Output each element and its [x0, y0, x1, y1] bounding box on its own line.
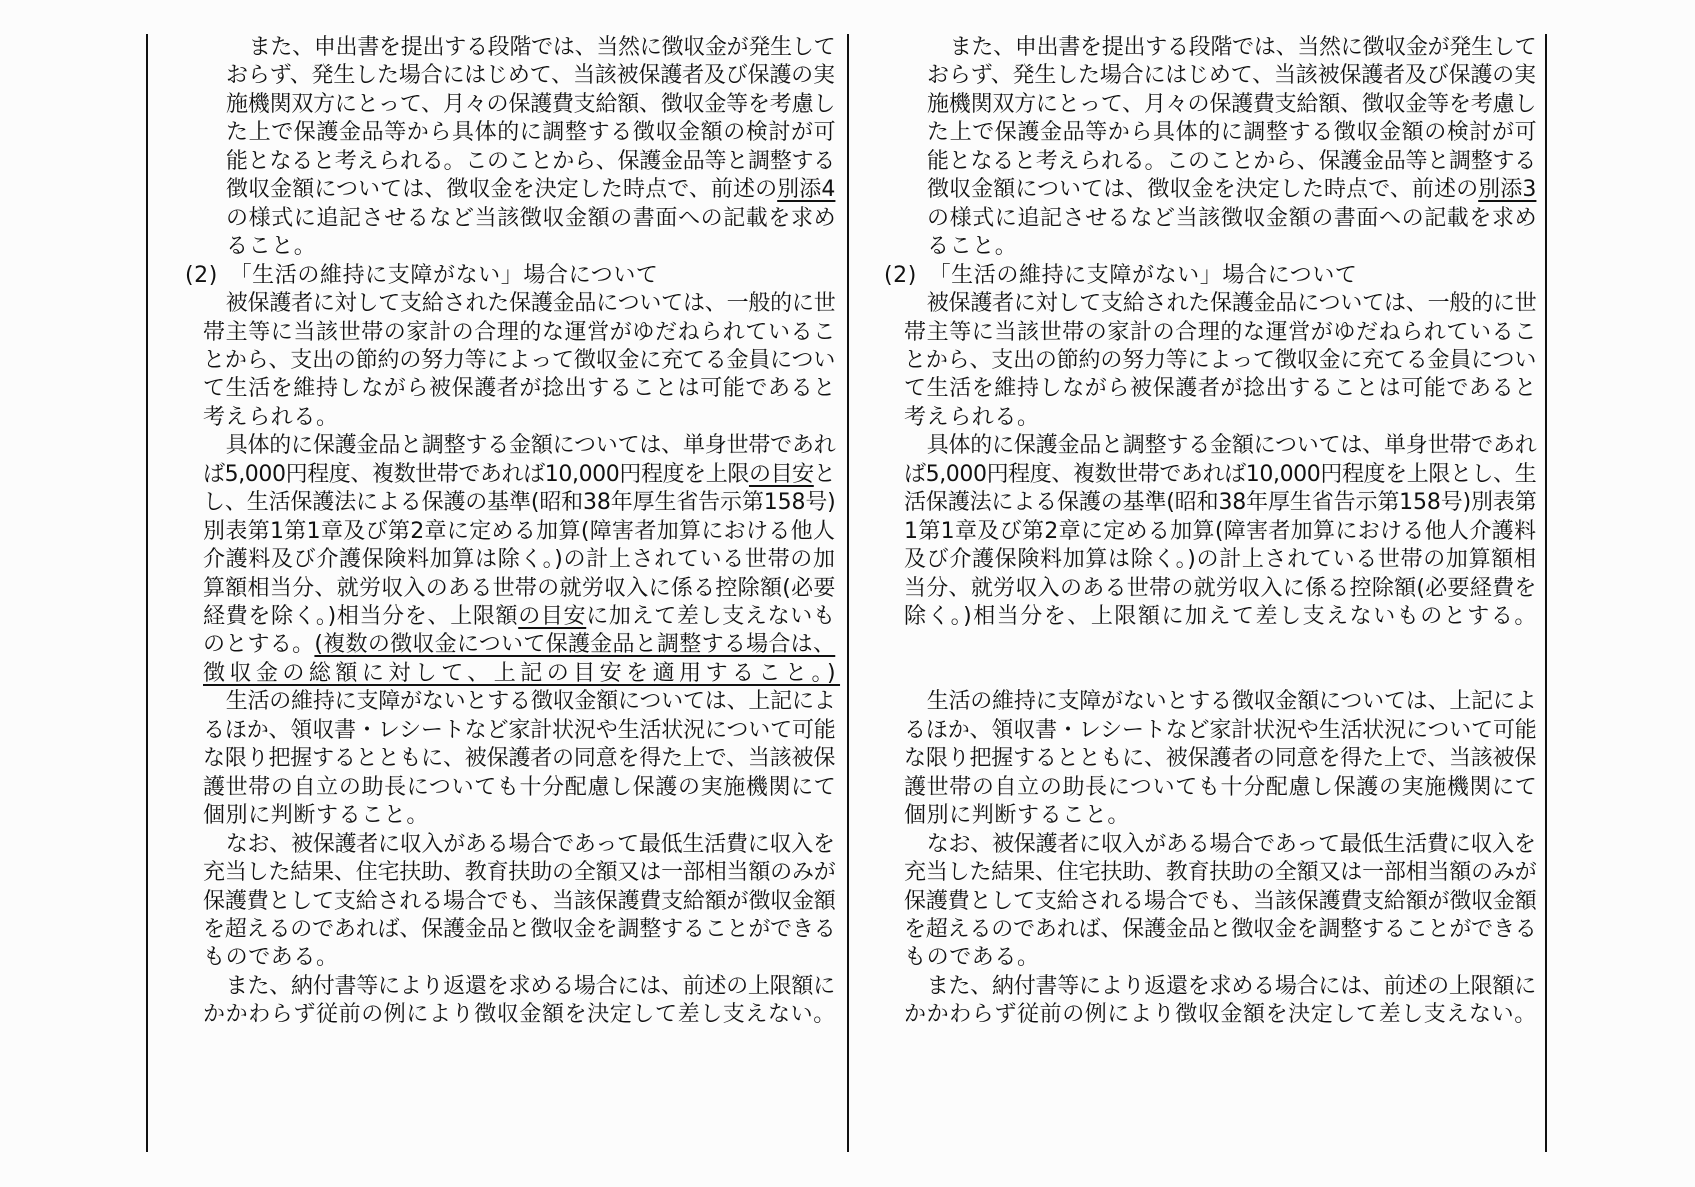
text-line: 施機関双方にとって、月々の保護費支給額、徴収金等を考慮し [226, 91, 835, 119]
text-line: なお、被保護者に収入がある場合であって最低生活費に収入を [927, 831, 1536, 859]
text-segment: 別表第1第1章及び第2章に定める加算(障害者加算における他人 [203, 519, 835, 544]
text-segment: ば5,000円程度、複数世帯であれば10,000円程度を上限とし、生 [904, 462, 1536, 487]
text-segment: 個別に判断すること。 [904, 803, 1130, 828]
text-segment: 及び介護保険料加算は除く。)の計上されている世帯の加算額相 [904, 547, 1537, 572]
text-line: 能となると考えられる。このことから、保護金品等と調整する [226, 148, 835, 176]
text-segment: 算額相当分、就労収入のある世帯の就労収入に係る控除額(必要 [203, 576, 836, 601]
text-line: て生活を維持しながら被保護者が捻出することは可能であると [904, 375, 1537, 403]
text-line: また、納付書等により返還を求める場合には、前述の上限額に [927, 973, 1536, 1001]
text-segment: おらず、発生した場合にはじめて、当該被保護者及び保護の実 [226, 63, 835, 88]
text-segment: かかわらず従前の例により徴収金額を決定して差し支えない。 [203, 1002, 836, 1027]
text-line: 施機関双方にとって、月々の保護費支給額、徴収金等を考慮し [927, 91, 1536, 119]
text-segment: とから、支出の節約の努力等によって徴収金に充てる金員につい [203, 348, 835, 373]
text-line: とから、支出の節約の努力等によって徴収金に充てる金員につい [203, 347, 835, 375]
underlined-amendment: の目安 [518, 604, 586, 629]
text-segment: を超えるのであれば、保護金品と徴収金を調整することができる [904, 917, 1537, 942]
text-segment: に加えて差し支えないも [586, 604, 835, 629]
text-line: るほか、領収書・レシートなど家計状況や生活状況について可能 [904, 717, 1537, 745]
text-segment: また、納付書等により返還を求める場合には、前述の上限額に [226, 974, 835, 999]
text-line: 徴収金額については、徴収金を決定した時点で、前述の別添4 [226, 176, 835, 204]
text-segment: 帯主等に当該世帯の家計の合理的な運営がゆだねられているこ [203, 320, 836, 345]
text-line: て生活を維持しながら被保護者が捻出することは可能であると [203, 375, 836, 403]
text-segment: なお、被保護者に収入がある場合であって最低生活費に収入を [927, 832, 1536, 857]
text-line: 徴収金の総額に対して、上記の目安を適用すること。) [203, 660, 840, 688]
text-line: 1第1章及び第2章に定める加算(障害者加算における他人介護料 [904, 518, 1536, 546]
text-segment: また、納付書等により返還を求める場合には、前述の上限額に [927, 974, 1536, 999]
text-line: 保護費として支給される場合でも、当該保護費支給額が徴収金額 [203, 888, 836, 916]
text-segment: 生活の維持に支障がないとする徴収金額については、上記によ [226, 689, 836, 714]
text-line: の様式に追記させるなど当該徴収金額の書面への記載を求め [927, 205, 1537, 233]
text-line: の様式に追記させるなど当該徴収金額の書面への記載を求め [226, 205, 836, 233]
text-line: 具体的に保護金品と調整する金額については、単身世帯であれ [927, 432, 1537, 460]
underlined-amendment: 別添4 [777, 177, 835, 202]
text-segment: かかわらず従前の例により徴収金額を決定して差し支えない。 [904, 1002, 1537, 1027]
text-segment: るほか、領収書・レシートなど家計状況や生活状況について可能 [203, 718, 836, 743]
text-segment: 能となると考えられる。このことから、保護金品等と調整する [226, 149, 835, 174]
text-segment: おらず、発生した場合にはじめて、当該被保護者及び保護の実 [927, 63, 1536, 88]
text-line: な限り把握するとともに、被保護者の同意を得た上で、当該被保 [904, 745, 1536, 773]
text-line: 介護料及び介護保険料加算は除く。)の計上されている世帯の加 [203, 546, 836, 574]
text-segment: ること。 [226, 234, 316, 259]
column-divider-line [847, 34, 849, 1152]
text-line: 算額相当分、就労収入のある世帯の就労収入に係る控除額(必要 [203, 575, 836, 603]
text-line: 経費を除く。)相当分を、上限額の目安に加えて差し支えないも [203, 603, 836, 631]
text-line: 考えられる。 [904, 404, 1040, 432]
text-line: た上で保護金品等から具体的に調整する徴収金額の検討が可 [927, 119, 1537, 147]
text-line: かかわらず従前の例により徴収金額を決定して差し支えない。 [203, 1001, 836, 1029]
text-segment: と [814, 462, 836, 487]
text-segment: 活保護法による保護の基準(昭和38年厚生省告示第158号)別表第 [904, 490, 1537, 515]
text-segment: (2) 「生活の維持に支障がない」場合について [185, 263, 659, 288]
text-line: ること。 [927, 233, 1017, 261]
text-segment: 具体的に保護金品と調整する金額については、単身世帯であれ [226, 433, 836, 458]
text-segment: ものである。 [203, 945, 339, 970]
text-line: 活保護法による保護の基準(昭和38年厚生省告示第158号)別表第 [904, 489, 1537, 517]
text-segment: な限り把握するとともに、被保護者の同意を得た上で、当該被保 [904, 746, 1536, 771]
text-segment: 保護費として支給される場合でも、当該保護費支給額が徴収金額 [203, 889, 836, 914]
text-line: おらず、発生した場合にはじめて、当該被保護者及び保護の実 [927, 62, 1536, 90]
text-segment: 除く。)相当分を、上限額に加えて差し支えないものとする。 [904, 604, 1538, 629]
text-line: おらず、発生した場合にはじめて、当該被保護者及び保護の実 [226, 62, 835, 90]
text-line: 生活の維持に支障がないとする徴収金額については、上記によ [927, 688, 1537, 716]
text-segment: (2) 「生活の維持に支障がない」場合について [884, 263, 1358, 288]
text-segment: な限り把握するとともに、被保護者の同意を得た上で、当該被保 [203, 746, 835, 771]
text-line: 被保護者に対して支給された保護金品については、一般的に世 [226, 290, 836, 318]
text-line: 能となると考えられる。このことから、保護金品等と調整する [927, 148, 1536, 176]
text-line: 護世帯の自立の助長についても十分配慮し保護の実施機関にて [203, 774, 836, 802]
text-line: 具体的に保護金品と調整する金額については、単身世帯であれ [226, 432, 836, 460]
text-segment: の様式に追記させるなど当該徴収金額の書面への記載を求め [226, 206, 836, 231]
underlined-amendment: の目安 [749, 462, 814, 487]
text-segment: 生活の維持に支障がないとする徴収金額については、上記によ [927, 689, 1537, 714]
text-segment: 考えられる。 [203, 405, 339, 430]
text-segment: て生活を維持しながら被保護者が捻出することは可能であると [904, 376, 1537, 401]
text-segment: し、生活保護法による保護の基準(昭和38年厚生省告示第158号) [203, 490, 836, 515]
text-segment: 充当した結果、住宅扶助、教育扶助の全額又は一部相当額のみが [203, 860, 836, 885]
underlined-amendment: (複数の徴収金について保護金品と調整する場合は、 [314, 632, 835, 657]
text-segment: なお、被保護者に収入がある場合であって最低生活費に収入を [226, 832, 835, 857]
text-segment: るほか、領収書・レシートなど家計状況や生活状況について可能 [904, 718, 1537, 743]
text-segment: 徴収金額については、徴収金を決定した時点で、前述の [927, 177, 1478, 202]
text-line: (2) 「生活の維持に支障がない」場合について [884, 262, 1358, 290]
text-segment: とから、支出の節約の努力等によって徴収金に充てる金員につい [904, 348, 1536, 373]
text-segment: を超えるのであれば、保護金品と徴収金を調整することができる [203, 917, 836, 942]
text-line: 保護費として支給される場合でも、当該保護費支給額が徴収金額 [904, 888, 1537, 916]
text-segment: 考えられる。 [904, 405, 1040, 430]
text-line: 帯主等に当該世帯の家計の合理的な運営がゆだねられているこ [203, 319, 836, 347]
text-line: 考えられる。 [203, 404, 339, 432]
text-segment: 施機関双方にとって、月々の保護費支給額、徴収金等を考慮し [927, 92, 1536, 117]
text-segment: 保護費として支給される場合でも、当該保護費支給額が徴収金額 [904, 889, 1537, 914]
text-segment: 1第1章及び第2章に定める加算(障害者加算における他人介護料 [904, 519, 1536, 544]
text-line: (2) 「生活の維持に支障がない」場合について [185, 262, 659, 290]
text-line: のとする。(複数の徴収金について保護金品と調整する場合は、 [203, 631, 835, 659]
text-segment: 被保護者に対して支給された保護金品については、一般的に世 [226, 291, 836, 316]
right-border-line [1545, 34, 1547, 1152]
text-segment: 護世帯の自立の助長についても十分配慮し保護の実施機関にて [203, 775, 836, 800]
text-segment: 護世帯の自立の助長についても十分配慮し保護の実施機関にて [904, 775, 1537, 800]
text-line: かかわらず従前の例により徴収金額を決定して差し支えない。 [904, 1001, 1537, 1029]
text-line: た上で保護金品等から具体的に調整する徴収金額の検討が可 [226, 119, 836, 147]
text-segment: ること。 [927, 234, 1017, 259]
text-line: ものである。 [904, 944, 1040, 972]
text-segment: た上で保護金品等から具体的に調整する徴収金額の検討が可 [226, 120, 836, 145]
text-segment: 経費を除く。)相当分を、上限額 [203, 604, 518, 629]
text-line: を超えるのであれば、保護金品と徴収金を調整することができる [904, 916, 1537, 944]
text-segment: 帯主等に当該世帯の家計の合理的な運営がゆだねられているこ [904, 320, 1537, 345]
text-line: ば5,000円程度、複数世帯であれば10,000円程度を上限の目安と [203, 461, 835, 489]
text-line: 護世帯の自立の助長についても十分配慮し保護の実施機関にて [904, 774, 1537, 802]
text-line: 及び介護保険料加算は除く。)の計上されている世帯の加算額相 [904, 546, 1537, 574]
underlined-amendment: 別添3 [1478, 177, 1536, 202]
text-segment: ば5,000円程度、複数世帯であれば10,000円程度を上限 [203, 462, 749, 487]
text-segment: また、申出書を提出する段階では、当然に徴収金が発生して [950, 35, 1537, 60]
text-line: ること。 [226, 233, 316, 261]
text-line: 徴収金額については、徴収金を決定した時点で、前述の別添3 [927, 176, 1536, 204]
text-line: を超えるのであれば、保護金品と徴収金を調整することができる [203, 916, 836, 944]
text-segment: のとする。 [203, 632, 314, 657]
text-segment: 被保護者に対して支給された保護金品については、一般的に世 [927, 291, 1537, 316]
text-line: ものである。 [203, 944, 339, 972]
text-line: なお、被保護者に収入がある場合であって最低生活費に収入を [226, 831, 835, 859]
text-line: また、納付書等により返還を求める場合には、前述の上限額に [226, 973, 835, 1001]
text-line: 充当した結果、住宅扶助、教育扶助の全額又は一部相当額のみが [904, 859, 1537, 887]
left-border-line [146, 34, 148, 1152]
text-line: し、生活保護法による保護の基準(昭和38年厚生省告示第158号) [203, 489, 836, 517]
text-line: 別表第1第1章及び第2章に定める加算(障害者加算における他人 [203, 518, 835, 546]
text-line: 被保護者に対して支給された保護金品については、一般的に世 [927, 290, 1537, 318]
text-line: 充当した結果、住宅扶助、教育扶助の全額又は一部相当額のみが [203, 859, 836, 887]
text-segment: 当分、就労収入のある世帯の就労収入に係る控除額(必要経費を [904, 576, 1537, 601]
text-line: とから、支出の節約の努力等によって徴収金に充てる金員につい [904, 347, 1536, 375]
underlined-amendment: 徴収金の総額に対して、上記の目安を適用すること。) [203, 661, 840, 686]
text-segment: の様式に追記させるなど当該徴収金額の書面への記載を求め [927, 206, 1537, 231]
text-segment: 具体的に保護金品と調整する金額については、単身世帯であれ [927, 433, 1537, 458]
text-segment: 施機関双方にとって、月々の保護費支給額、徴収金等を考慮し [226, 92, 835, 117]
text-segment: 徴収金額については、徴収金を決定した時点で、前述の [226, 177, 777, 202]
text-line: また、申出書を提出する段階では、当然に徴収金が発生して [950, 34, 1537, 62]
text-segment: た上で保護金品等から具体的に調整する徴収金額の検討が可 [927, 120, 1537, 145]
text-line: ば5,000円程度、複数世帯であれば10,000円程度を上限とし、生 [904, 461, 1536, 489]
text-segment: 充当した結果、住宅扶助、教育扶助の全額又は一部相当額のみが [904, 860, 1537, 885]
text-segment: ものである。 [904, 945, 1040, 970]
text-segment: 介護料及び介護保険料加算は除く。)の計上されている世帯の加 [203, 547, 836, 572]
text-line: また、申出書を提出する段階では、当然に徴収金が発生して [249, 34, 836, 62]
text-line: 帯主等に当該世帯の家計の合理的な運営がゆだねられているこ [904, 319, 1537, 347]
text-segment: 能となると考えられる。このことから、保護金品等と調整する [927, 149, 1536, 174]
text-line: な限り把握するとともに、被保護者の同意を得た上で、当該被保 [203, 745, 835, 773]
text-segment: 個別に判断すること。 [203, 803, 429, 828]
text-line: 個別に判断すること。 [904, 802, 1130, 830]
text-line: るほか、領収書・レシートなど家計状況や生活状況について可能 [203, 717, 836, 745]
text-line: 個別に判断すること。 [203, 802, 429, 830]
text-line: 除く。)相当分を、上限額に加えて差し支えないものとする。 [904, 603, 1538, 631]
text-line: 当分、就労収入のある世帯の就労収入に係る控除額(必要経費を [904, 575, 1537, 603]
text-segment: て生活を維持しながら被保護者が捻出することは可能であると [203, 376, 836, 401]
text-line: 生活の維持に支障がないとする徴収金額については、上記によ [226, 688, 836, 716]
text-segment: また、申出書を提出する段階では、当然に徴収金が発生して [249, 35, 836, 60]
